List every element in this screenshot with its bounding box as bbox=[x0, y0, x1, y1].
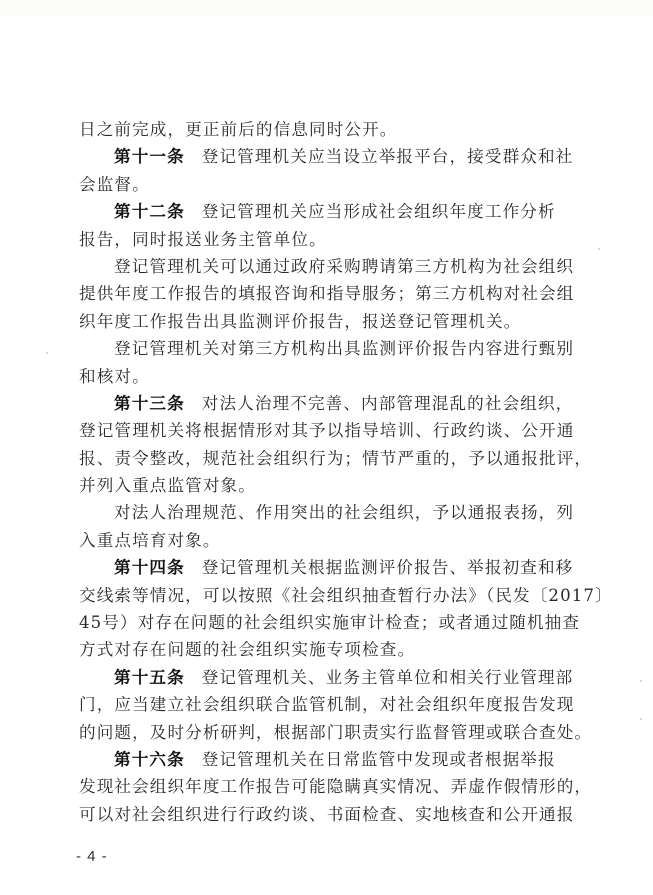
paragraph-text: 方式对存在问题的社会组织实施专项检查。 bbox=[79, 640, 415, 659]
scan-speck bbox=[598, 248, 600, 250]
paragraph-text: 登记管理机关对第三方机构出具监测评价报告内容进行甄别 bbox=[114, 339, 574, 358]
text-line: 45号）对存在问题的社会组织实施审计检查；或者通过随机抽查 bbox=[79, 609, 579, 636]
text-line: 交线索等情况，可以按照《社会组织抽查暂行办法》（民发〔2017〕 bbox=[79, 582, 579, 609]
text-line: 织年度工作报告出具监测评价报告，报送登记管理机关。 bbox=[79, 308, 579, 335]
paragraph-text: 织年度工作报告出具监测评价报告，报送登记管理机关。 bbox=[79, 312, 521, 331]
paragraph-text: 和核对。 bbox=[79, 367, 150, 386]
paragraph-text: 发现社会组织年度工作报告可能隐瞒真实情况、弄虚作假情形的， bbox=[79, 777, 592, 796]
article-heading: 第十二条 bbox=[114, 201, 185, 221]
paragraph-text: 对法人治理规范、作用突出的社会组织，予以通报表扬，列 bbox=[114, 503, 574, 522]
article-line: 第十二条登记管理机关应当形成社会组织年度工作分析 bbox=[79, 198, 579, 225]
paragraph-text: 报告，同时报送业务主管单位。 bbox=[79, 230, 327, 249]
paragraph-text: 门，应当建立社会组织联合监管机制，对社会组织年度报告发现 bbox=[79, 695, 574, 714]
text-line: 并列入重点监管对象。 bbox=[79, 472, 579, 499]
text-line: 对法人治理规范、作用突出的社会组织，予以通报表扬，列 bbox=[79, 499, 579, 526]
text-line: 提供年度工作报告的填报咨询和指导服务；第三方机构对社会组 bbox=[79, 280, 579, 307]
paragraph-text: 交线索等情况，可以按照《社会组织抽查暂行办法》（民发〔2017〕 bbox=[79, 586, 613, 605]
article-heading: 第十一条 bbox=[114, 146, 185, 166]
scan-speck bbox=[640, 680, 642, 682]
text-line: 会监督。 bbox=[79, 171, 579, 198]
scan-top-strip bbox=[0, 0, 653, 16]
text-line: 报、责令整改，规范社会组织行为；情节严重的，予以通报批评， bbox=[79, 445, 579, 472]
paragraph-text: 登记管理机关应当设立举报平台，接受群众和社 bbox=[202, 147, 574, 166]
article-heading: 第十五条 bbox=[114, 667, 185, 687]
text-line: 和核对。 bbox=[79, 363, 579, 390]
article-line: 第十一条登记管理机关应当设立举报平台，接受群众和社 bbox=[79, 143, 579, 170]
paragraph-text: 对法人治理不完善、内部管理混乱的社会组织， bbox=[202, 394, 574, 413]
paragraph-text: 45号）对存在问题的社会组织实施审计检查；或者通过随机抽查 bbox=[79, 613, 580, 632]
text-line: 门，应当建立社会组织联合监管机制，对社会组织年度报告发现 bbox=[79, 691, 579, 718]
text-line: 日之前完成，更正前后的信息同时公开。 bbox=[79, 116, 579, 143]
text-line: 登记管理机关可以通过政府采购聘请第三方机构为社会组织 bbox=[79, 253, 579, 280]
article-line: 第十四条登记管理机关根据监测评价报告、举报初查和移 bbox=[79, 554, 579, 581]
scan-speck bbox=[46, 352, 48, 354]
article-line: 第十五条登记管理机关、业务主管单位和相关行业管理部 bbox=[79, 664, 579, 691]
paragraph-text: 并列入重点监管对象。 bbox=[79, 476, 256, 495]
text-line: 入重点培育对象。 bbox=[79, 527, 579, 554]
text-line: 可以对社会组织进行行政约谈、书面检查、实地核查和公开通报 bbox=[79, 801, 579, 828]
text-line: 发现社会组织年度工作报告可能隐瞒真实情况、弄虚作假情形的， bbox=[79, 773, 579, 800]
paragraph-text: 报、责令整改，规范社会组织行为；情节严重的，予以通报批评， bbox=[79, 449, 592, 468]
text-line: 方式对存在问题的社会组织实施专项检查。 bbox=[79, 636, 579, 663]
text-line: 报告，同时报送业务主管单位。 bbox=[79, 226, 579, 253]
paragraph-text: 登记管理机关根据监测评价报告、举报初查和移 bbox=[202, 558, 574, 577]
article-line: 第十六条登记管理机关在日常监管中发现或者根据举报 bbox=[79, 746, 579, 773]
article-line: 第十三条对法人治理不完善、内部管理混乱的社会组织， bbox=[79, 390, 579, 417]
paragraph-text: 登记管理机关、业务主管单位和相关行业管理部 bbox=[202, 668, 574, 687]
paragraph-text: 日之前完成，更正前后的信息同时公开。 bbox=[79, 120, 398, 139]
paragraph-text: 会监督。 bbox=[79, 175, 150, 194]
paragraph-text: 登记管理机关可以通过政府采购聘请第三方机构为社会组织 bbox=[114, 257, 574, 276]
text-line: 登记管理机关对第三方机构出具监测评价报告内容进行甄别 bbox=[79, 335, 579, 362]
article-heading: 第十四条 bbox=[114, 557, 185, 577]
scan-speck bbox=[640, 718, 642, 720]
article-heading: 第十六条 bbox=[114, 749, 185, 769]
paragraph-text: 提供年度工作报告的填报咨询和指导服务；第三方机构对社会组 bbox=[79, 284, 574, 303]
document-page: 日之前完成，更正前后的信息同时公开。第十一条登记管理机关应当设立举报平台，接受群… bbox=[79, 116, 579, 828]
paragraph-text: 登记管理机关应当形成社会组织年度工作分析 bbox=[202, 202, 556, 221]
paragraph-text: 登记管理机关在日常监管中发现或者根据举报 bbox=[202, 750, 556, 769]
paragraph-text: 入重点培育对象。 bbox=[79, 531, 221, 550]
page-number: - 4 - bbox=[76, 848, 108, 865]
text-line: 的问题，及时分析研判，根据部门职责实行监督管理或联合查处。 bbox=[79, 719, 579, 746]
paragraph-text: 的问题，及时分析研判，根据部门职责实行监督管理或联合查处。 bbox=[79, 723, 592, 742]
text-line: 登记管理机关将根据情形对其予以指导培训、行政约谈、公开通 bbox=[79, 417, 579, 444]
paragraph-text: 可以对社会组织进行行政约谈、书面检查、实地核查和公开通报 bbox=[79, 805, 574, 824]
paragraph-text: 登记管理机关将根据情形对其予以指导培训、行政约谈、公开通 bbox=[79, 421, 574, 440]
article-heading: 第十三条 bbox=[114, 393, 185, 413]
